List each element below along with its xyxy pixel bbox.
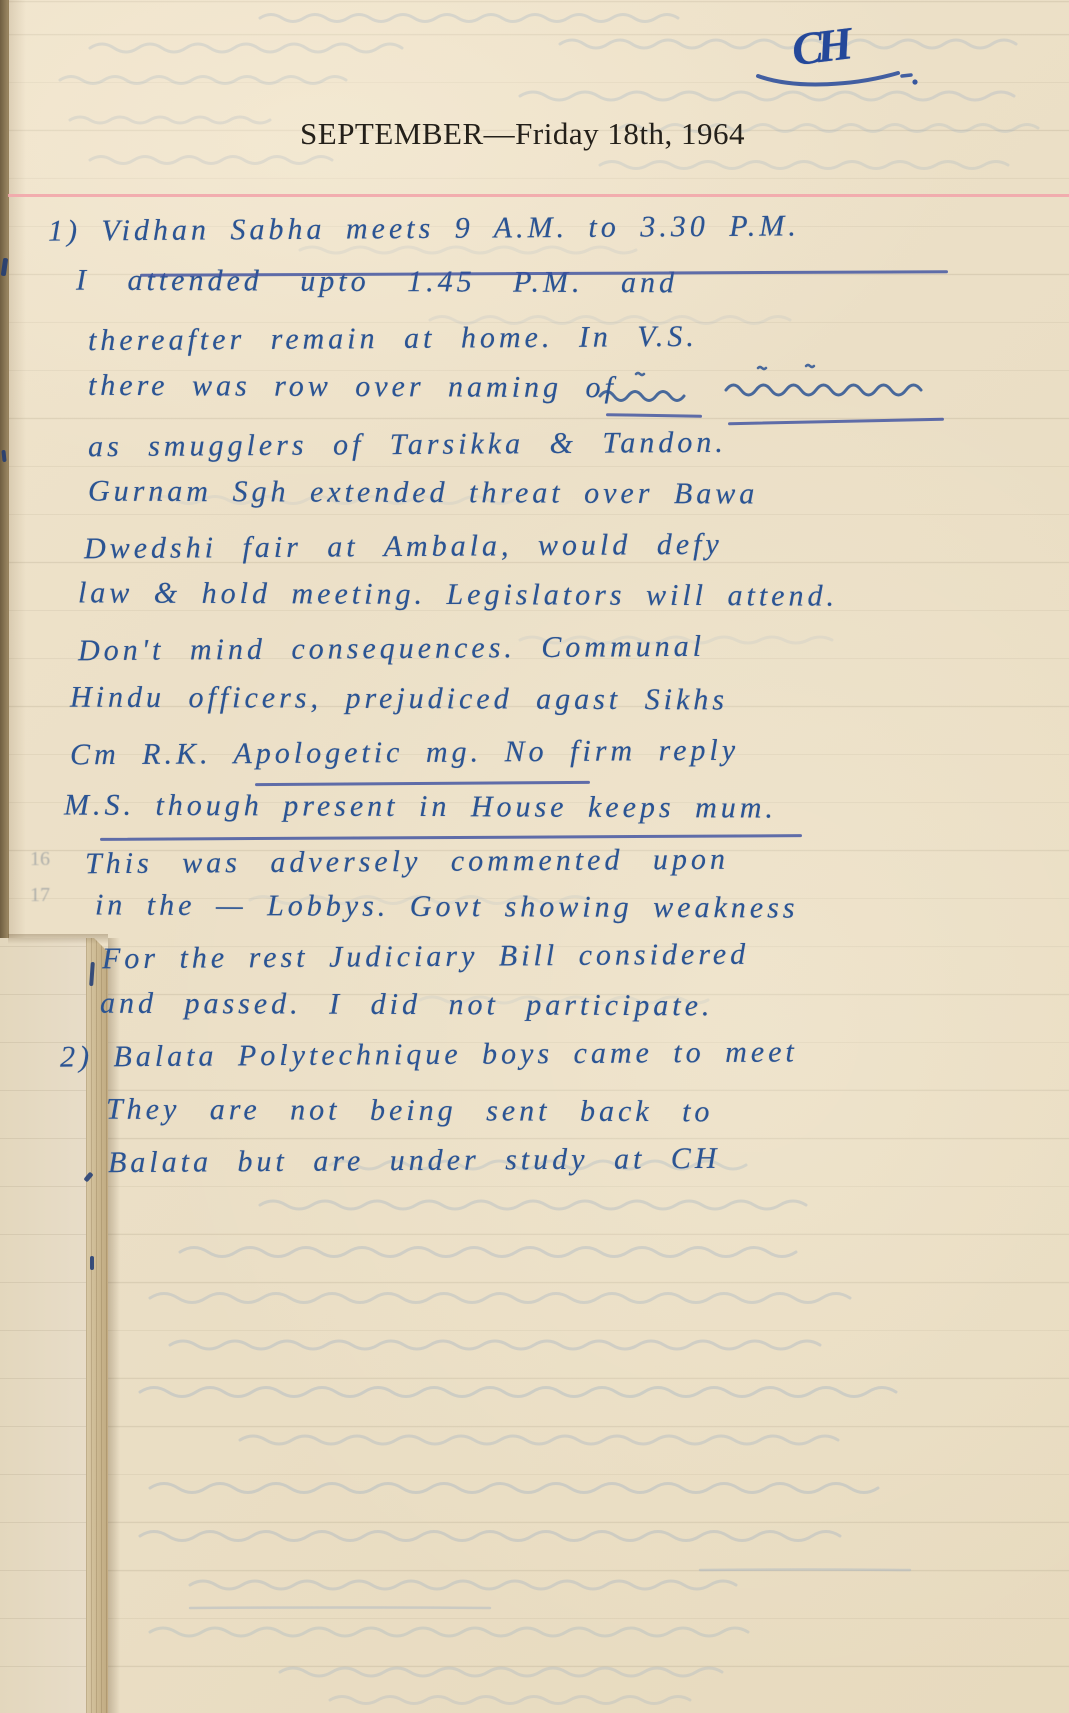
handwritten-line: there was row over naming of [88,369,617,405]
handwritten-line: This was adversely commented upon [85,843,729,881]
show-through-number: 16 [30,848,50,871]
diary-page-scan: SEPTEMBER—Friday 18th, 1964 CH 1) Vidhan… [0,0,1069,1713]
show-through-number: 17 [30,884,50,907]
handwritten-line: Gurnam Sgh extended threat over Bawa [88,475,758,512]
handwritten-line: Hindu officers, prejudiced agast Sikhs [70,681,728,718]
handwritten-line: 2) Balata Polytechnique boys came to mee… [60,1035,798,1074]
handwritten-line: 1) Vidhan Sabha meets 9 A.M. to 3.30 P.M… [48,209,800,248]
handwritten-line: Balata but are under study at CH [108,1142,721,1180]
handwritten-line: Don't mind consequences. Communal [78,630,705,668]
page-title: SEPTEMBER—Friday 18th, 1964 [0,116,1045,152]
handwritten-line: Cm R.K. Apologetic mg. No firm reply [70,734,739,773]
handwritten-line: thereafter remain at home. In V.S. [88,320,698,358]
handwritten-line: I attended upto 1.45 P.M. and [76,264,678,301]
handwritten-line: in the — Lobbys. Govt showing weakness [95,888,799,925]
edge-ink-mark [90,1256,94,1270]
handwritten-line: as smugglers of Tarsikka & Tandon. [88,426,727,464]
handwritten-line: M.S. though present in House keeps mum. [64,788,777,825]
handwritten-line: law & hold meeting. Legislators will att… [78,576,838,613]
header-divider-rule [8,194,1069,197]
handwritten-line: They are not being sent back to [106,1093,714,1130]
handwritten-line: and passed. I did not participate. [100,987,714,1024]
notch-cut-shadow [8,934,108,944]
handwritten-line: Dwedshi fair at Ambala, would defy [84,528,723,566]
handwritten-line: For the rest Judiciary Bill considered [102,938,749,977]
monogram-underline-flourish [752,52,922,98]
